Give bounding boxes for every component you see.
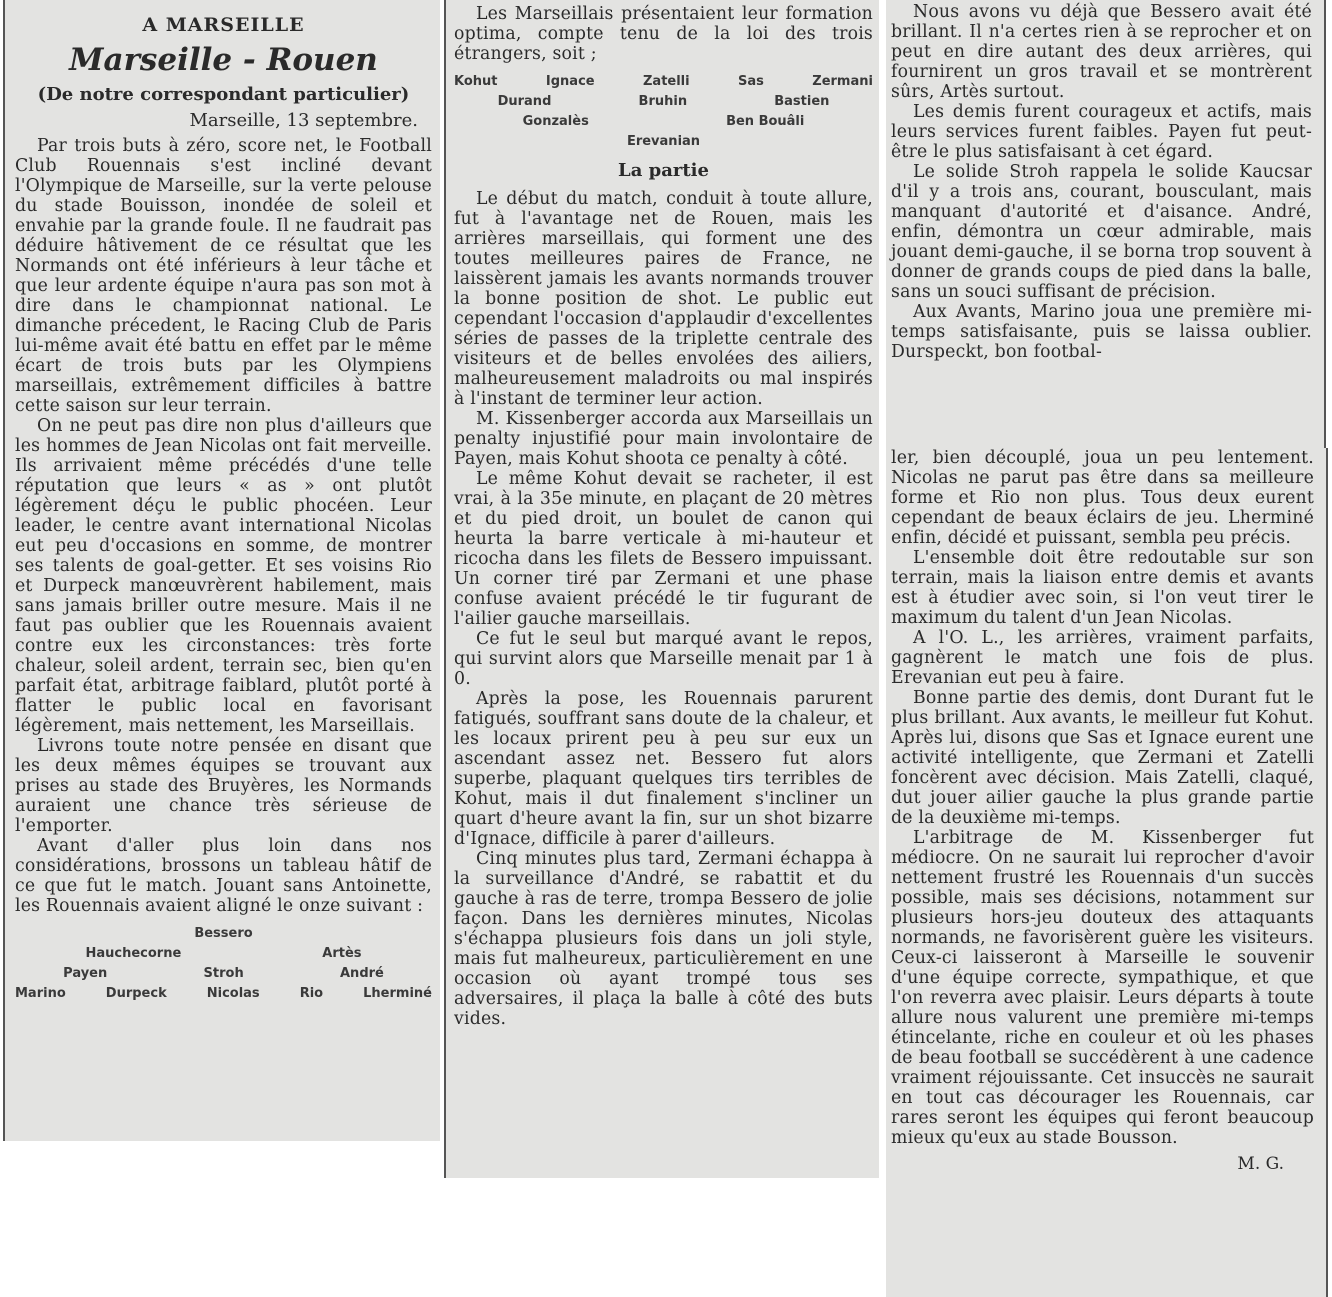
player-name: Durpeck <box>106 984 167 1004</box>
player-name: Durand <box>498 92 552 112</box>
lineup-row: Erevanian <box>454 132 873 152</box>
player-name: Bessero <box>194 924 252 944</box>
player-name: Hauchecorne <box>85 944 181 964</box>
paragraph: Les Marseillais présentaient leur format… <box>454 4 873 64</box>
column-3-top: Nous avons vu déjà que Bessero avait été… <box>886 0 1326 448</box>
paragraph: Par trois buts à zéro, score net, le Foo… <box>15 136 432 416</box>
player-name: Kohut <box>454 72 498 92</box>
player-name: Artès <box>322 944 361 964</box>
paragraph: Le début du match, conduit à toute allur… <box>454 189 873 409</box>
paragraph: Nous avons vu déjà que Bessero avait été… <box>891 2 1312 102</box>
paragraph: Après la pose, les Rouennais parurent fa… <box>454 689 873 849</box>
headline: Marseille - Rouen <box>15 42 432 78</box>
player-name: Payen <box>63 964 107 984</box>
player-name: Nicolas <box>207 984 260 1004</box>
player-name: Bastien <box>774 92 829 112</box>
lineup-row: Bessero <box>15 924 432 944</box>
column-1: A MARSEILLE Marseille - Rouen (De notre … <box>3 0 440 1141</box>
paragraph: Cinq minutes plus tard, Zermani échappa … <box>454 849 873 1029</box>
paragraph: On ne peut pas dire non plus d'ailleurs … <box>15 416 432 736</box>
paragraph: A l'O. L., les arrières, vraiment parfai… <box>891 628 1314 688</box>
dateline: Marseille, 13 septembre. <box>15 110 418 132</box>
player-name: André <box>340 964 384 984</box>
section-title: La partie <box>454 160 873 181</box>
column-2: Les Marseillais présentaient leur format… <box>444 0 879 1178</box>
lineup-row: PayenStrohAndré <box>15 964 432 984</box>
player-name: Gonzalès <box>523 112 589 132</box>
player-name: Rio <box>300 984 323 1004</box>
paragraph: M. Kissenberger accorda aux Marseillais … <box>454 409 873 469</box>
paragraph: Aux Avants, Marino joua une première mi-… <box>891 302 1312 362</box>
lineup-row: DurandBruhinBastien <box>454 92 873 112</box>
signature: M. G. <box>891 1154 1314 1174</box>
kicker: A MARSEILLE <box>15 14 432 36</box>
player-name: Marino <box>15 984 66 1004</box>
player-name: Sas <box>738 72 764 92</box>
player-name: Ignace <box>546 72 595 92</box>
paragraph: Ce fut le seul but marqué avant le repos… <box>454 629 873 689</box>
paragraph: L'ensemble doit être redoutable sur son … <box>891 548 1314 628</box>
lineup-row: HauchecorneArtès <box>15 944 432 964</box>
paragraph: Livrons toute notre pensée en disant que… <box>15 736 432 836</box>
paragraph: Avant d'aller plus loin dans nos considé… <box>15 836 432 916</box>
marseille-lineup: KohutIgnaceZatelliSasZermaniDurandBruhin… <box>454 72 873 152</box>
lineup-row: KohutIgnaceZatelliSasZermani <box>454 72 873 92</box>
rouen-lineup: BesseroHauchecorneArtèsPayenStrohAndréMa… <box>15 924 432 1004</box>
paragraph-continued: ler, bien découplé, joua un peu lentemen… <box>891 448 1314 548</box>
player-name: Lherminé <box>363 984 432 1004</box>
lineup-row: MarinoDurpeckNicolasRioLherminé <box>15 984 432 1004</box>
paragraph: Bonne partie des demis, dont Durant fut … <box>891 688 1314 828</box>
subhead: (De notre correspondant particulier) <box>15 84 432 106</box>
lineup-row: GonzalèsBen Bouâli <box>454 112 873 132</box>
paragraph: L'arbitrage de M. Kissenberger fut médio… <box>891 828 1314 1148</box>
paragraph: Le solide Stroh rappela le solide Kaucsa… <box>891 162 1312 302</box>
player-name: Zermani <box>812 72 873 92</box>
paragraph: Le même Kohut devait se racheter, il est… <box>454 469 873 629</box>
player-name: Zatelli <box>643 72 690 92</box>
player-name: Ben Bouâli <box>726 112 804 132</box>
player-name: Bruhin <box>639 92 688 112</box>
player-name: Stroh <box>204 964 244 984</box>
player-name: Erevanian <box>627 132 700 152</box>
paragraph: Les demis furent courageux et actifs, ma… <box>891 102 1312 162</box>
column-3-bottom: ler, bien découplé, joua un peu lentemen… <box>886 448 1328 1297</box>
